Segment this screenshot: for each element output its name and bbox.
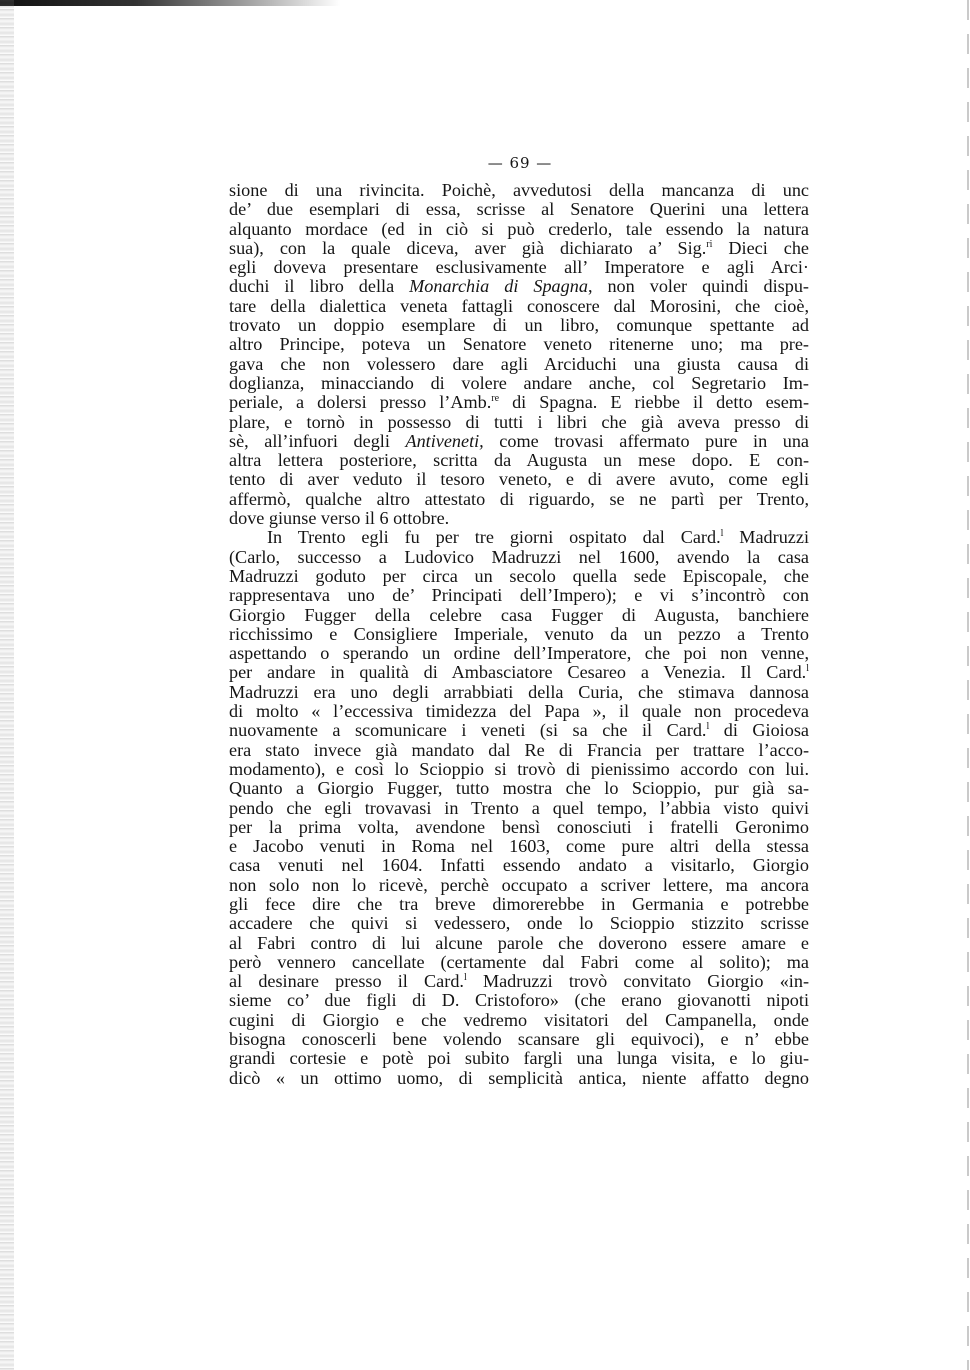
text-line: di molto « l’eccessiva timidezza del Pap…: [229, 702, 809, 721]
text-line: al Fabri contro di lui alcune parole che…: [229, 934, 809, 953]
text-line: plare, e tornò in possesso di tutti i li…: [229, 413, 809, 432]
text-line: Giorgio Fugger della celebre casa Fugger…: [229, 606, 809, 625]
text-line: periale, a dolersi presso l’Amb.re di Sp…: [229, 393, 809, 412]
text-line: tento di aver veduto il tesoro veneto, e…: [229, 470, 809, 489]
text-line: sua), con la quale diceva, aver già dich…: [229, 239, 809, 258]
text-line: Madruzzi goduto per circa un secolo quel…: [229, 567, 809, 586]
text-line: gli fece dire che tra breve dimorerebbe …: [229, 895, 809, 914]
text-line: altro Principe, poteva un Senatore venet…: [229, 335, 809, 354]
text-line: sieme co’ due figli di D. Cristoforo» (c…: [229, 991, 809, 1010]
body-text: sione di una rivincita. Poichè, avveduto…: [229, 181, 809, 1088]
text-line: trovato un doppio esemplare di un libro,…: [229, 316, 809, 335]
italic-title: Monarchia di Spagna: [409, 276, 588, 296]
text-line: e Jacobo venuti in Roma nel 1603, come p…: [229, 837, 809, 856]
text-line: pendo che egli trovavasi in Trento a que…: [229, 799, 809, 818]
text-line: duchi il libro della Monarchia di Spagna…: [229, 277, 809, 296]
text-line: accadere che quivi si vedessero, onde lo…: [229, 914, 809, 933]
scan-right-edge-line: [967, 0, 969, 1370]
scan-left-edge-noise: [0, 0, 14, 1370]
superscript-abbrev: l: [806, 663, 809, 674]
text-line: gava che non volessero dare agli Arciduc…: [229, 355, 809, 374]
text-line: bisogna conoscerli bene volendo scansare…: [229, 1030, 809, 1049]
text-line: grandi cortesie e potè poi subito fargli…: [229, 1049, 809, 1068]
text-line: aspettando o sperando un ordine dell’Imp…: [229, 644, 809, 663]
text-line: nuovamente a scomunicare i veneti (si sa…: [229, 721, 809, 740]
superscript-abbrev: ri: [706, 239, 712, 250]
text-line: In Trento egli fu per tre giorni ospitat…: [229, 528, 809, 547]
text-line: doglianza, minacciando di volere andare …: [229, 374, 809, 393]
text-line: rappresentava uno de’ Principati dell’Im…: [229, 586, 809, 605]
text-line: altra lettera posteriore, scritta da Aug…: [229, 451, 809, 470]
superscript-abbrev: l: [706, 721, 709, 732]
text-line: casa venuti nel 1604. Infatti essendo an…: [229, 856, 809, 875]
text-line: dove giunse verso il 6 ottobre.: [229, 509, 809, 528]
text-line: tare della dialettica veneta fattagli co…: [229, 297, 809, 316]
text-line: Madruzzi era uno degli arrabbiati della …: [229, 683, 809, 702]
text-line: non solo non lo ricevè, perchè occupato …: [229, 876, 809, 895]
superscript-abbrev: l: [721, 528, 724, 539]
text-line: affermò, qualche altro attestato di rigu…: [229, 490, 809, 509]
text-line: cugini di Giorgio e che vedremo visitato…: [229, 1011, 809, 1030]
text-line: sione di una rivincita. Poichè, avveduto…: [229, 181, 809, 200]
page-number: — 69 —: [0, 154, 970, 172]
text-line: però vennero cancellate (certamente dal …: [229, 953, 809, 972]
text-line: al desinare presso il Card.l Madruzzi tr…: [229, 972, 809, 991]
text-line: ricchissimo e Consigliere Imperiale, ven…: [229, 625, 809, 644]
superscript-abbrev: re: [491, 393, 499, 404]
text-line: per andare in qualità di Ambasciatore Ce…: [229, 663, 809, 682]
text-line: egli doveva presentare esclusivamente al…: [229, 258, 809, 277]
text-line: Quanto a Giorgio Fugger, tutto mostra ch…: [229, 779, 809, 798]
superscript-abbrev: l: [464, 972, 467, 983]
text-line: modamento), e così lo Scioppio si trovò …: [229, 760, 809, 779]
text-line: dicò « un ottimo uomo, di semplicità ant…: [229, 1069, 809, 1088]
scan-top-edge-shadow: [0, 0, 340, 6]
text-line: alquanto mordace (ed in ciò si può crede…: [229, 220, 809, 239]
italic-title: Antiveneti,: [405, 431, 483, 451]
text-line: era stato invece già mandato dal Re di F…: [229, 741, 809, 760]
text-line: sè, all’infuori degli Antiveneti, come t…: [229, 432, 809, 451]
text-line: de’ due esemplari di essa, scrisse al Se…: [229, 200, 809, 219]
text-line: (Carlo, successo a Ludovico Madruzzi nel…: [229, 548, 809, 567]
text-line: per la prima volta, avendone bensì conos…: [229, 818, 809, 837]
